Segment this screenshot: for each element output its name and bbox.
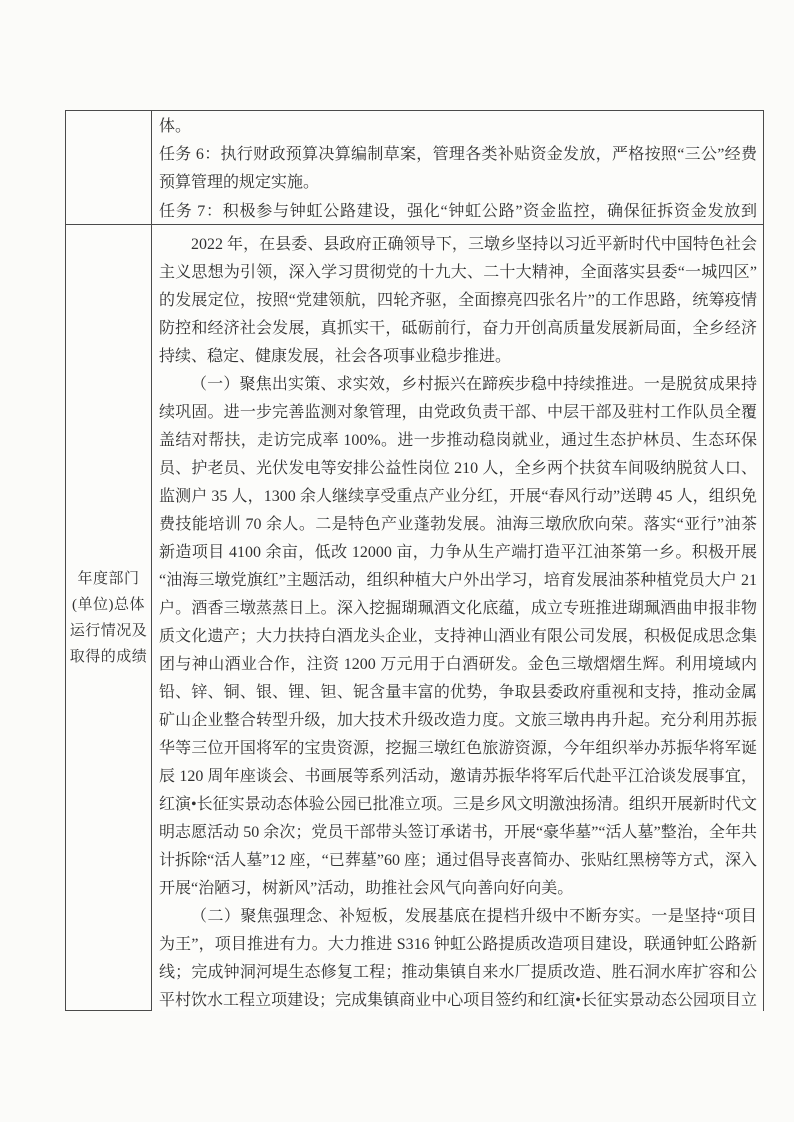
task-7-line: 任务 7：积极参与钟虹公路建设，强化“钟虹公路”资金监控，确保征拆资金发放到位。	[159, 198, 757, 224]
table-row-task-continuation: 体。 任务 6：执行财政预算决算编制草案，管理各类补贴资金发放，严格按照“三公”…	[66, 111, 763, 225]
empty-label-cell	[66, 111, 152, 224]
summary-row-label-cell: 年度部门(单位)总体运行情况及取得的成绩	[66, 225, 152, 1011]
task-6-line: 任务 6：执行财政预算决算编制草案，管理各类补贴资金发放，严格按照“三公”经费预…	[159, 141, 757, 197]
task-continuation-cell: 体。 任务 6：执行财政预算决算编制草案，管理各类补贴资金发放，严格按照“三公”…	[152, 111, 763, 224]
summary-paragraph-section-1: （一）聚焦出实策、求实效，乡村振兴在蹄疾步稳中持续推进。一是脱贫成果持续巩固。进…	[159, 371, 757, 903]
summary-paragraph-section-2: （二）聚焦强理念、补短板，发展基底在提档升级中不断夯实。一是坚持“项目为王”，项…	[159, 903, 757, 1011]
continuation-line: 体。	[159, 113, 757, 141]
annual-report-table: 体。 任务 6：执行财政预算决算编制草案，管理各类补贴资金发放，严格按照“三公”…	[65, 110, 764, 1011]
summary-content-cell: 2022 年，在县委、县政府正确领导下，三墩乡坚持以习近平新时代中国特色社会主义…	[152, 225, 763, 1011]
summary-paragraph-overview: 2022 年，在县委、县政府正确领导下，三墩乡坚持以习近平新时代中国特色社会主义…	[159, 231, 757, 371]
table-row-annual-summary: 年度部门(单位)总体运行情况及取得的成绩 2022 年，在县委、县政府正确领导下…	[66, 225, 763, 1011]
summary-row-label: 年度部门(单位)总体运行情况及取得的成绩	[68, 566, 149, 670]
document-page: 体。 任务 6：执行财政预算决算编制草案，管理各类补贴资金发放，严格按照“三公”…	[0, 0, 794, 1122]
